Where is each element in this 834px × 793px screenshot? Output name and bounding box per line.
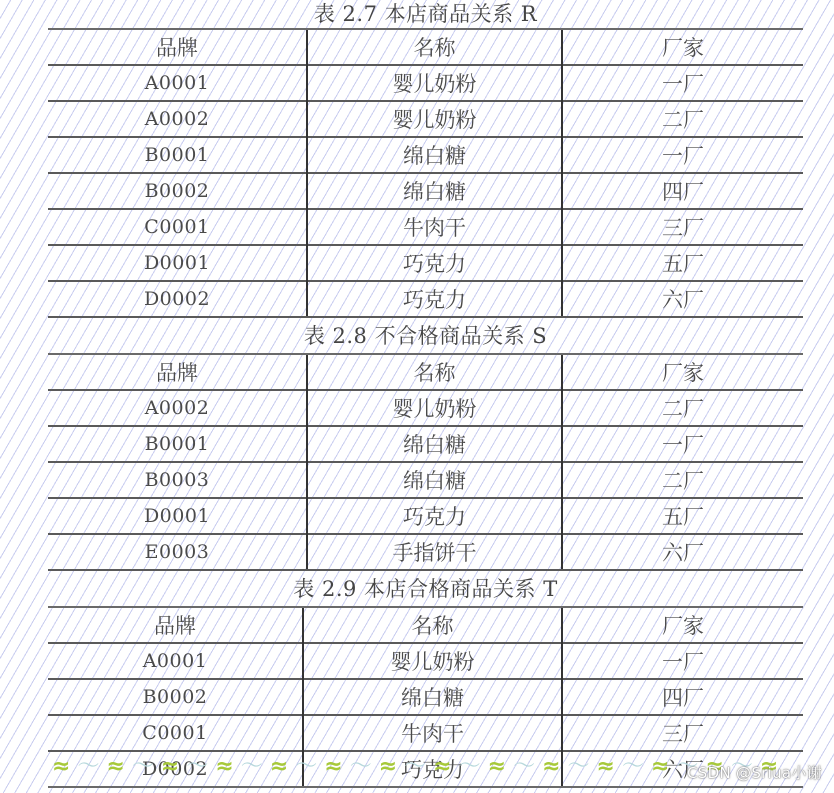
cell-name: 牛肉干 [303, 715, 562, 751]
cell-brand: A0002 [48, 101, 307, 137]
header-name: 名称 [307, 29, 562, 65]
cell-brand: A0001 [48, 643, 303, 679]
cell-brand: B0002 [48, 679, 303, 715]
table-caption-r: 表 2.7 本店商品关系 R [48, 0, 803, 28]
cell-brand: C0001 [48, 715, 303, 751]
cell-name: 绵白糖 [307, 173, 562, 209]
cell-factory: 一厂 [562, 426, 803, 462]
table-relation-t: 品牌 名称 厂家 A0001 婴儿奶粉 一厂 B0002 绵白糖 四厂 C000… [48, 606, 803, 786]
cell-brand: A0001 [48, 65, 307, 101]
table-row: D0001 巧克力 五厂 [48, 245, 803, 281]
cell-name: 手指饼干 [307, 534, 562, 569]
table-row: B0002 绵白糖 四厂 [48, 173, 803, 209]
table-row: E0003 手指饼干 六厂 [48, 534, 803, 569]
header-name: 名称 [307, 354, 562, 390]
table-caption-t: 表 2.9 本店合格商品关系 T [48, 569, 803, 606]
cell-name: 绵白糖 [303, 679, 562, 715]
table-row: A0001 婴儿奶粉 一厂 [48, 65, 803, 101]
header-name: 名称 [303, 607, 562, 643]
cell-factory: 三厂 [562, 715, 803, 751]
table-row: B0001 绵白糖 一厂 [48, 426, 803, 462]
cell-brand: B0003 [48, 462, 307, 498]
cell-factory: 二厂 [562, 462, 803, 498]
cell-brand: D0002 [48, 751, 303, 786]
cell-name: 巧克力 [307, 498, 562, 534]
header-factory: 厂家 [562, 607, 803, 643]
cell-name: 婴儿奶粉 [307, 390, 562, 426]
cell-brand: D0001 [48, 498, 307, 534]
table-row: D0002 巧克力 六厂 [48, 281, 803, 316]
cell-brand: B0001 [48, 137, 307, 173]
cell-brand: B0002 [48, 173, 307, 209]
table-row: C0001 牛肉干 三厂 [48, 209, 803, 245]
header-brand: 品牌 [48, 29, 307, 65]
table-header-row: 品牌 名称 厂家 [48, 354, 803, 390]
cell-factory: 六厂 [562, 281, 803, 316]
header-factory: 厂家 [562, 354, 803, 390]
cell-factory: 一厂 [562, 137, 803, 173]
table-row: A0001 婴儿奶粉 一厂 [48, 643, 803, 679]
cell-name: 巧克力 [307, 245, 562, 281]
cell-factory: 四厂 [562, 679, 803, 715]
cell-factory: 一厂 [562, 643, 803, 679]
table-row: A0002 婴儿奶粉 二厂 [48, 101, 803, 137]
table-caption-s: 表 2.8 不合格商品关系 S [48, 316, 803, 353]
header-brand: 品牌 [48, 607, 303, 643]
table-header-row: 品牌 名称 厂家 [48, 29, 803, 65]
cell-factory: 五厂 [562, 245, 803, 281]
cell-factory: 三厂 [562, 209, 803, 245]
csdn-watermark: CSDN @Sriua小谢 [687, 762, 822, 783]
cell-factory: 二厂 [562, 101, 803, 137]
table-relation-r: 品牌 名称 厂家 A0001 婴儿奶粉 一厂 A0002 婴儿奶粉 二厂 B00… [48, 28, 803, 316]
cell-name: 婴儿奶粉 [303, 643, 562, 679]
cell-factory: 四厂 [562, 173, 803, 209]
cell-name: 绵白糖 [307, 137, 562, 173]
cell-factory: 五厂 [562, 498, 803, 534]
cell-name: 牛肉干 [307, 209, 562, 245]
cell-name: 绵白糖 [307, 426, 562, 462]
cell-factory: 二厂 [562, 390, 803, 426]
cell-brand: C0001 [48, 209, 307, 245]
table-row: B0001 绵白糖 一厂 [48, 137, 803, 173]
cell-brand: B0001 [48, 426, 307, 462]
table-bottom-rule [48, 786, 803, 788]
table-row: D0001 巧克力 五厂 [48, 498, 803, 534]
cell-brand: A0002 [48, 390, 307, 426]
table-relation-s: 品牌 名称 厂家 A0002 婴儿奶粉 二厂 B0001 绵白糖 一厂 B000… [48, 353, 803, 569]
header-brand: 品牌 [48, 354, 307, 390]
table-header-row: 品牌 名称 厂家 [48, 607, 803, 643]
header-factory: 厂家 [562, 29, 803, 65]
cell-factory: 六厂 [562, 534, 803, 569]
table-row: B0002 绵白糖 四厂 [48, 679, 803, 715]
table-row: C0001 牛肉干 三厂 [48, 715, 803, 751]
document-page: 表 2.7 本店商品关系 R 品牌 名称 厂家 A0001 婴儿奶粉 一厂 A0… [48, 0, 803, 788]
table-row: B0003 绵白糖 二厂 [48, 462, 803, 498]
cell-name: 婴儿奶粉 [307, 101, 562, 137]
cell-brand: D0001 [48, 245, 307, 281]
cell-brand: E0003 [48, 534, 307, 569]
cell-name: 绵白糖 [307, 462, 562, 498]
cell-name: 巧克力 [303, 751, 562, 786]
cell-name: 巧克力 [307, 281, 562, 316]
table-row: A0002 婴儿奶粉 二厂 [48, 390, 803, 426]
cell-name: 婴儿奶粉 [307, 65, 562, 101]
cell-brand: D0002 [48, 281, 307, 316]
cell-factory: 一厂 [562, 65, 803, 101]
